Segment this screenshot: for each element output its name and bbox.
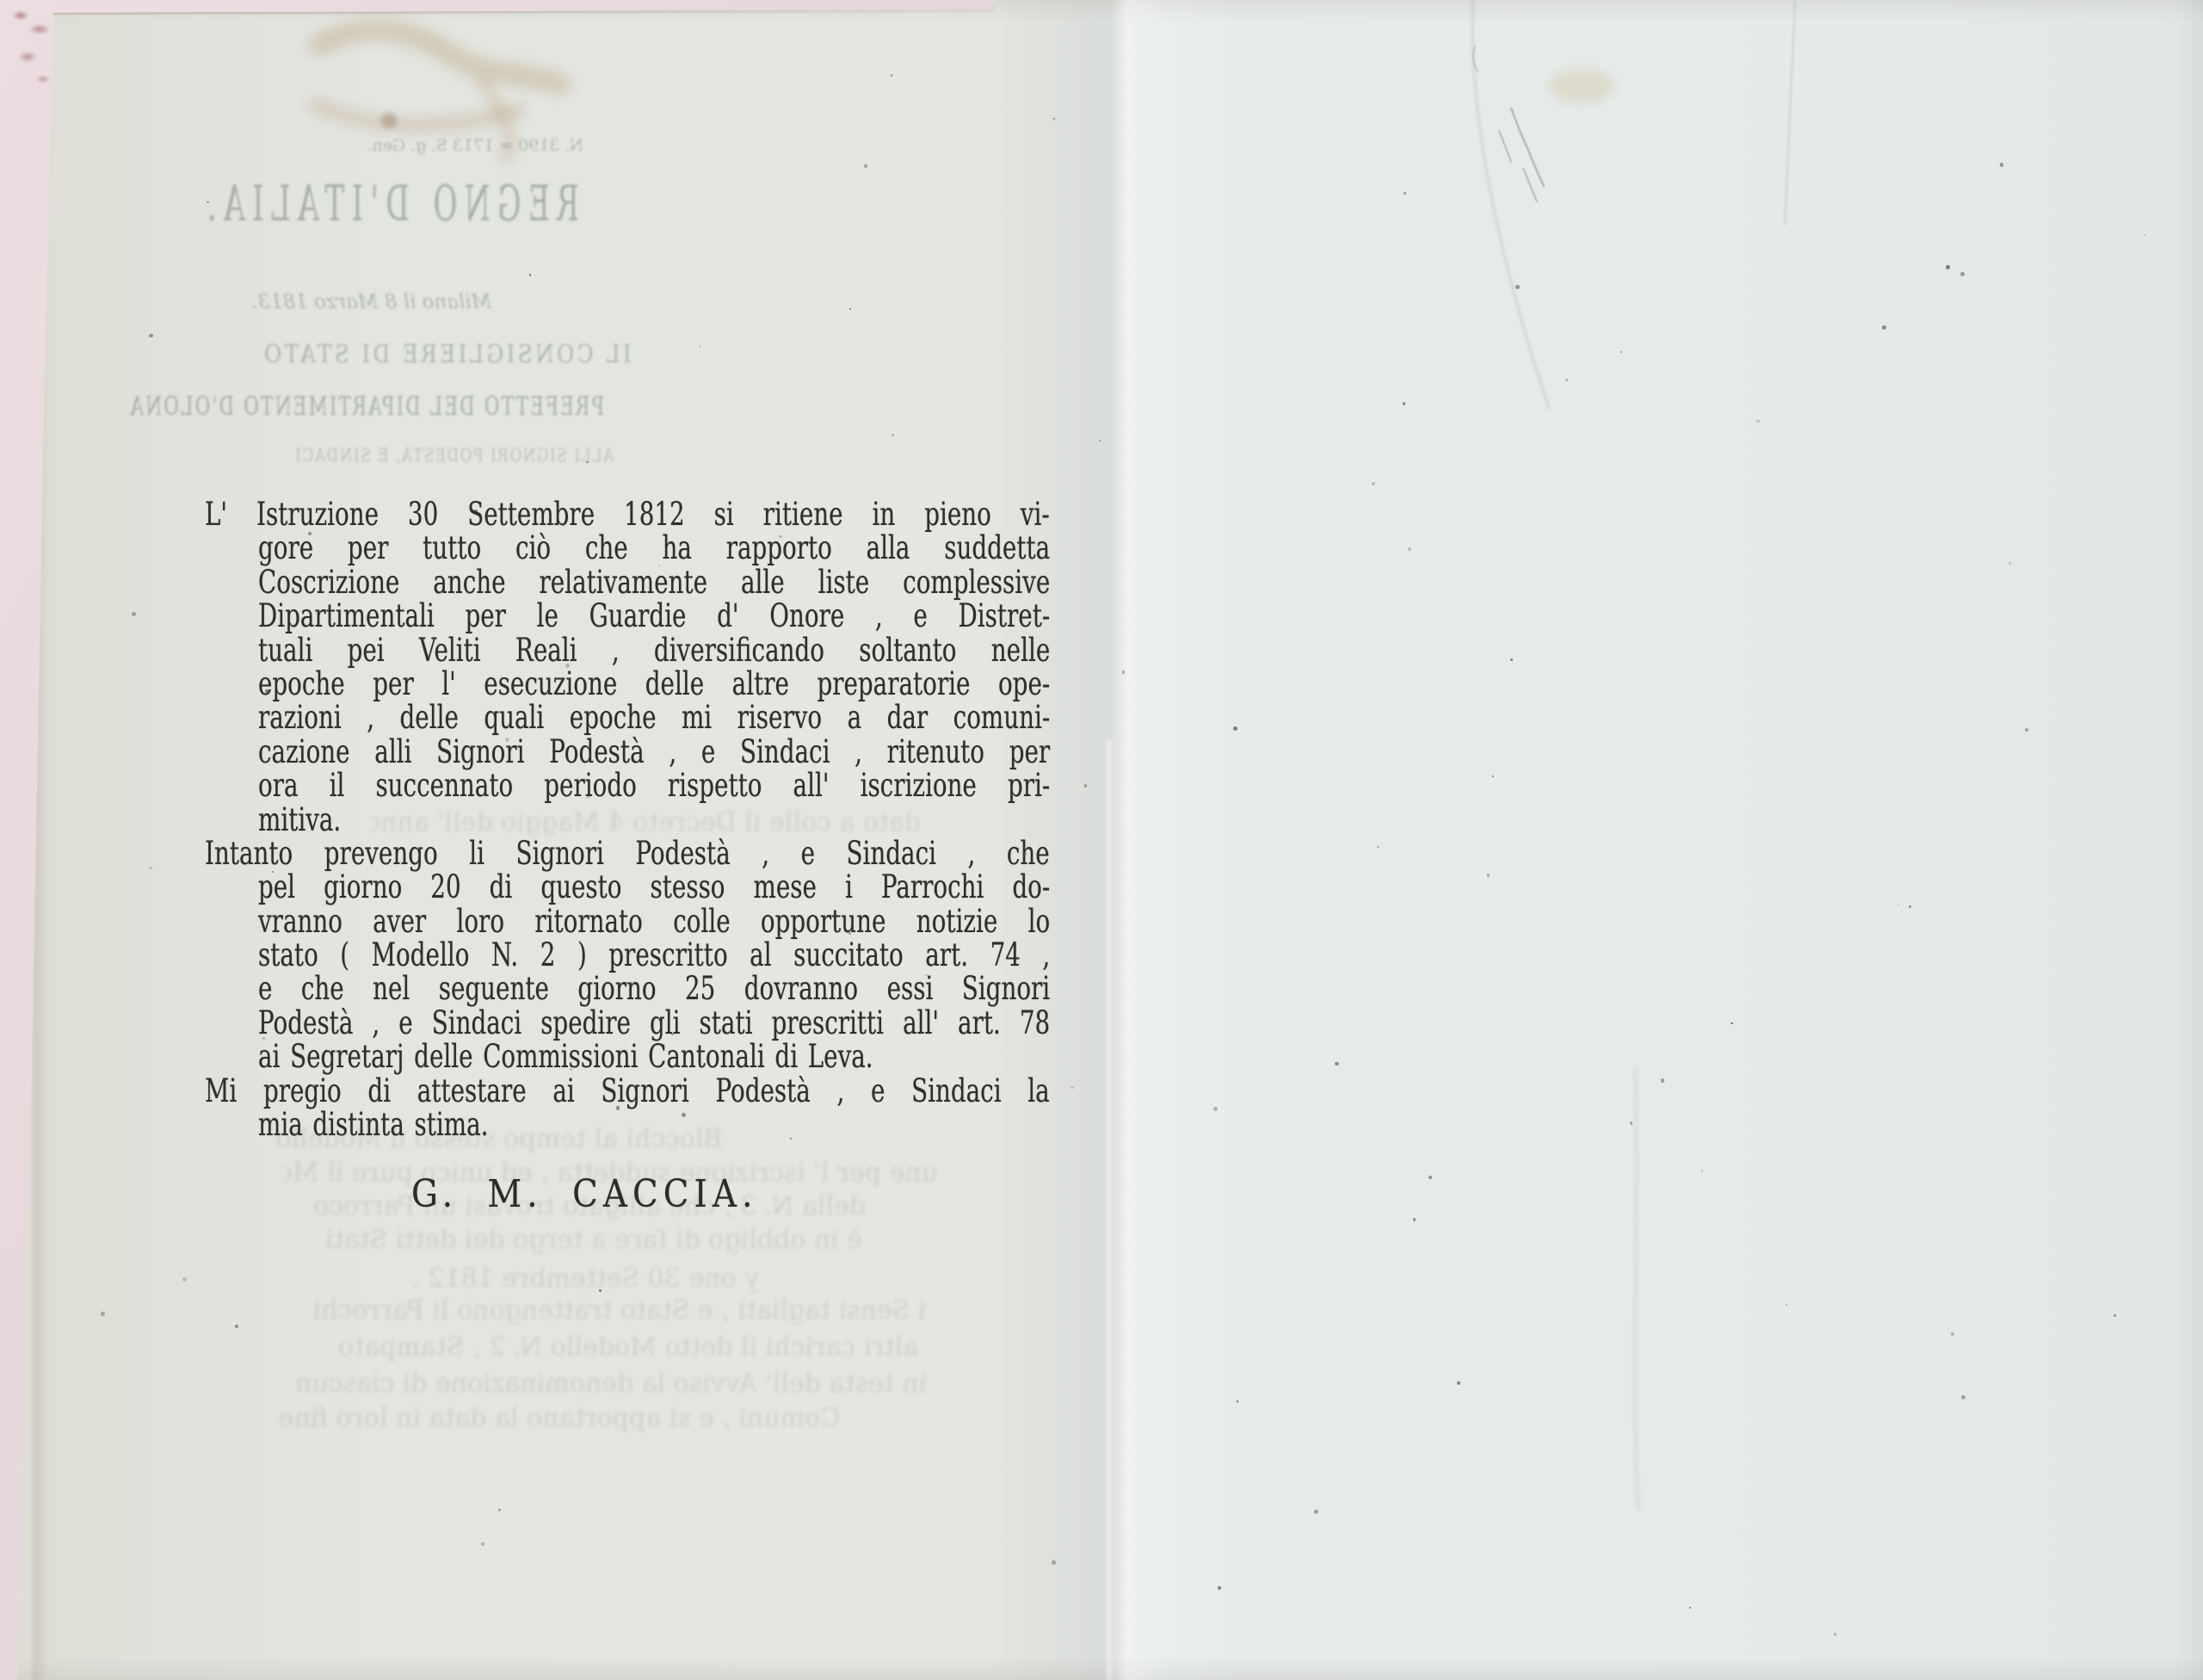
bleedthrough-line: PREFETTO DEL DIPARTIMENTO D'OLONA bbox=[304, 392, 604, 422]
foxing-speck bbox=[1701, 1170, 1703, 1171]
foxing-speck bbox=[2000, 163, 2004, 167]
printed-line: Podestà,eSindacispedireglistatiprescritt… bbox=[258, 1006, 1050, 1040]
foxing-speck bbox=[2114, 1314, 2116, 1317]
foxing-speck bbox=[182, 1277, 187, 1282]
foxing-speck bbox=[616, 1106, 620, 1110]
printed-line: razioni,dellequaliepochemiriservoadarcom… bbox=[258, 701, 1050, 734]
bleedthrough-line: y one 30 Settembre 1812 . bbox=[404, 1263, 766, 1294]
foxing-speck bbox=[599, 1289, 602, 1292]
foxing-speck bbox=[1756, 420, 1759, 423]
foxing-speck bbox=[1510, 658, 1513, 661]
foxing-speck bbox=[671, 1033, 674, 1035]
foxing-speck bbox=[1630, 1121, 1633, 1125]
printed-line: IntantoprevengoliSignoriPodestà,eSindaci… bbox=[205, 837, 1050, 870]
foxing-speck bbox=[851, 948, 854, 951]
foxing-speck bbox=[481, 1542, 484, 1546]
foxing-speck bbox=[1404, 192, 1405, 194]
foxing-speck bbox=[1515, 285, 1520, 289]
bleedthrough-line: REGNO D'ITALIA. bbox=[329, 176, 579, 232]
printed-line: echenelseguentegiorno25dovrannoessiSigno… bbox=[258, 972, 1050, 1005]
bleedthrough-line: ALLI SIGNORI PODESTÀ, E SINDACI bbox=[287, 445, 621, 466]
foxing-speck bbox=[1898, 904, 1899, 905]
foxing-speck bbox=[849, 308, 851, 310]
foxing-speck bbox=[1882, 325, 1886, 330]
foxing-speck bbox=[1372, 482, 1375, 485]
printed-text-block: L'Istruzione30Settembre1812siritieneinpi… bbox=[258, 497, 1050, 1141]
foxing-speck bbox=[1377, 846, 1379, 848]
foxing-speck bbox=[2025, 728, 2028, 732]
signature: G. M. CACCIA. bbox=[411, 1172, 758, 1216]
foxing-speck bbox=[1084, 784, 1088, 787]
bleedthrough-line: IL CONSIGLIERE DI STATO bbox=[276, 339, 631, 368]
foxing-speck bbox=[2009, 562, 2011, 565]
foxing-speck bbox=[1213, 1107, 1217, 1110]
foxing-speck bbox=[1661, 1078, 1664, 1082]
foxing-speck bbox=[1834, 1633, 1837, 1636]
bleedthrough-line: in testa dell' Avviso la denominazione d… bbox=[258, 1368, 964, 1399]
printed-line: stato(ModelloN.2)prescrittoalsuccitatoar… bbox=[258, 938, 1050, 972]
foxing-speck bbox=[899, 794, 902, 796]
foxing-speck bbox=[1960, 272, 1965, 276]
center-fold-highlight bbox=[1107, 740, 1112, 1680]
printed-line: DipartimentaliperleGuardied'Onore,eDistr… bbox=[258, 599, 1050, 633]
foxing-speck bbox=[529, 274, 532, 276]
foxing-speck bbox=[149, 867, 152, 870]
foxing-speck bbox=[1408, 547, 1412, 552]
foxing-speck bbox=[235, 1325, 238, 1328]
foxing-speck bbox=[149, 334, 152, 337]
diagonal-crease bbox=[1472, 0, 1549, 409]
foxing-speck bbox=[1909, 905, 1911, 908]
printed-line: aiSegretarjdelleCommissioniCantonalidiLe… bbox=[258, 1040, 1050, 1073]
bleedthrough-heading: N. 3190 = 1713 S. g. Gen.REGNO D'ITALIA.… bbox=[245, 120, 663, 491]
bleedthrough-line: Milano il 8 Marzo 1813. bbox=[245, 291, 663, 313]
foxing-speck bbox=[1053, 118, 1055, 120]
document-photo: N. 3190 = 1713 S. g. Gen.REGNO D'ITALIA.… bbox=[0, 0, 2203, 1680]
printed-line: Coscrizioneancherelativamenteallelisteco… bbox=[258, 565, 1050, 599]
vertical-crease-top-right bbox=[1785, 0, 1795, 225]
foxing-speck bbox=[505, 738, 509, 742]
printed-line: tualipeiVelitiReali,diversificandosoltan… bbox=[258, 633, 1050, 667]
vertical-crease-bottom-right bbox=[1635, 1067, 1638, 1510]
foxing-speck bbox=[132, 612, 136, 616]
foxing-speck bbox=[1335, 1062, 1338, 1065]
printed-line: mitiva. bbox=[258, 803, 1050, 837]
printed-line: epocheperl'esecuzionedellealtrepreparato… bbox=[258, 667, 1050, 701]
foxing-speck bbox=[1457, 1381, 1460, 1385]
foxing-speck bbox=[1689, 1607, 1691, 1609]
document-paper: N. 3190 = 1713 S. g. Gen.REGNO D'ITALIA.… bbox=[0, 0, 2203, 1680]
foxing-speck bbox=[864, 164, 867, 167]
printed-line: MipregiodiattestareaiSignoriPodestà,eSin… bbox=[205, 1074, 1050, 1108]
foxing-speck bbox=[265, 689, 269, 694]
foxing-speck bbox=[658, 565, 660, 566]
printed-line: gorepertuttociòcheharapportoallasuddetta bbox=[258, 531, 1050, 565]
foxing-speck bbox=[1492, 775, 1494, 777]
foxing-speck bbox=[1071, 1086, 1074, 1090]
bleedthrough-line: altri carichi il detto Modello N. 2 , St… bbox=[284, 1332, 972, 1362]
foxing-speck bbox=[498, 1509, 502, 1512]
foxing-speck bbox=[779, 535, 781, 538]
foxing-speck bbox=[1052, 1560, 1056, 1565]
foxing-speck bbox=[1099, 440, 1101, 442]
foxing-speck bbox=[892, 434, 893, 435]
foxing-speck bbox=[1961, 1395, 1965, 1399]
printed-line: cazionealliSignoriPodestà,eSindaci,riten… bbox=[258, 735, 1050, 769]
foxing-speck bbox=[1951, 1332, 1954, 1336]
foxing-speck bbox=[1233, 726, 1237, 731]
foxing-speck bbox=[699, 345, 701, 348]
foxing-speck bbox=[1237, 1400, 1239, 1403]
bleedthrough-line: è in obbligo di fare a tergo dei detti S… bbox=[258, 1225, 929, 1255]
bleedthrough-line: N. 3190 = 1713 S. g. Gen. bbox=[245, 136, 663, 155]
foxing-speck bbox=[1620, 351, 1622, 353]
bleedthrough-line: Comuni , e si apportano la data in loro … bbox=[258, 1403, 861, 1433]
foxing-speck bbox=[1487, 874, 1490, 876]
foxing-speck bbox=[1314, 1510, 1318, 1514]
yellow-stain bbox=[1549, 69, 1614, 103]
foxing-speck bbox=[207, 201, 209, 204]
foxing-speck bbox=[1786, 1304, 1787, 1306]
foxing-speck bbox=[262, 1037, 265, 1040]
foxing-speck bbox=[1403, 402, 1405, 405]
foxing-speck bbox=[474, 510, 478, 513]
printed-line: miadistintastima. bbox=[258, 1108, 1050, 1141]
foxing-speck bbox=[1429, 1176, 1432, 1179]
bleedthrough-line: i Sensi tagliati , e Stato trattengono l… bbox=[250, 1295, 990, 1325]
printed-line: pelgiorno20diquestostessomeseiParrochido… bbox=[258, 870, 1050, 904]
printed-line: vrannoaverlororitornatocolleopportunenot… bbox=[258, 905, 1050, 938]
foxing-speck bbox=[1413, 1218, 1416, 1221]
foxing-speck bbox=[1218, 1586, 1220, 1589]
foxing-speck bbox=[1731, 1022, 1733, 1025]
foxing-speck bbox=[891, 74, 893, 77]
foxing-speck bbox=[682, 1113, 686, 1117]
foxing-speck bbox=[2144, 234, 2145, 236]
foxing-speck bbox=[308, 532, 312, 535]
pencil-handwriting-marks bbox=[1473, 46, 1544, 201]
foxing-speck bbox=[101, 1312, 104, 1315]
foxing-speck bbox=[1946, 265, 1950, 269]
foxing-speck bbox=[1122, 670, 1126, 674]
foxing-speck bbox=[1565, 379, 1568, 381]
printed-line: orailsuccennatoperiodorispettoall'iscriz… bbox=[258, 769, 1050, 802]
